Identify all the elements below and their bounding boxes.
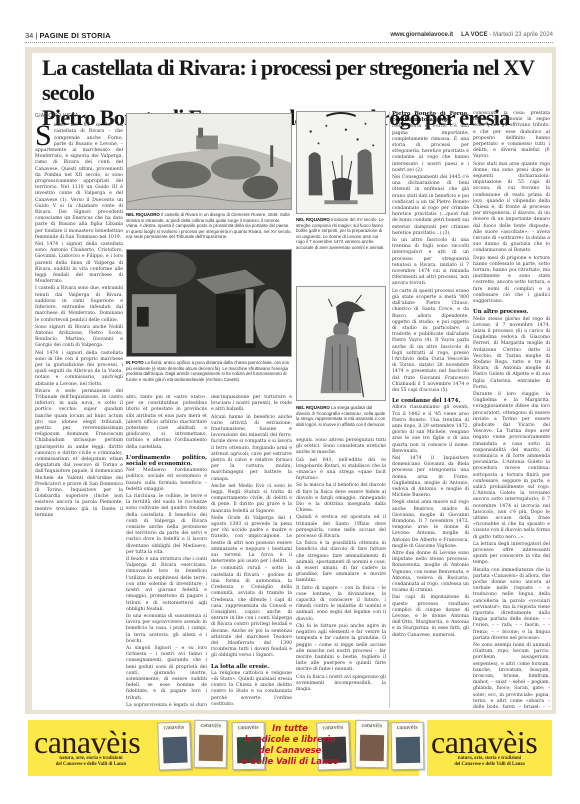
paragraph: Il fatto di sapere – con la fisica – le …: [296, 586, 386, 623]
paragraph: Ai singoli Signori – e su loro richiesta…: [126, 646, 207, 702]
issue-date: - Martedì 23 aprile 2024: [488, 32, 553, 38]
paragraph: Con la fisica i nostri avi spiegavano gl…: [296, 675, 386, 694]
text-column-3: dell'Inquisizione per torturare e brucia…: [211, 395, 292, 708]
caption-label: NEL RIQUADRO: [296, 405, 330, 410]
canaveis-tagline: natura, arte, storia e tradizioni del Ca…: [32, 756, 150, 768]
paragraph: dell'Inquisizione per torturare e brucia…: [211, 395, 292, 414]
paragraph: Risulta con immediatezza che la parlata …: [473, 568, 550, 642]
caption-text: La fisinà, antico opificio a poca distan…: [126, 360, 289, 382]
canaveis-ad-right[interactable]: canavèis natura, arte, storia e tradizio…: [427, 720, 552, 776]
paragraph: Nel 1474 i signori della castellata sono…: [35, 242, 123, 285]
byline: GIACOMO VIETA: [35, 113, 123, 119]
promo-text: In tutte le edicole e librerie del Canav…: [231, 723, 349, 767]
paragraph: altri, tanto più di «altro Stato», per s…: [126, 395, 207, 451]
page-header: 34 | PAGINE DI STORIA www.giornalelavoce…: [25, 31, 553, 43]
witch-devil-image: [296, 286, 386, 401]
cover-photo: [360, 735, 384, 761]
paragraph: Sono signori di Rivara anche Nobili Anto…: [35, 325, 123, 350]
canaveis-tagline: natura, arte, storia e tradizioni del Ca…: [429, 756, 550, 768]
paragraph: Nel 1474 i signori della castellata sono…: [35, 351, 123, 388]
paragraph: seguiti. Sono altresì perseguitati tutti…: [296, 438, 386, 457]
promo-line: del Canavese: [231, 745, 349, 756]
text-column-4: seguiti. Sono altresì perseguitati tutti…: [296, 438, 386, 708]
magazine-cover: canavèis: [355, 720, 389, 769]
cover-photo: [396, 737, 420, 763]
drop-cap: S: [35, 125, 52, 147]
paragraph: La lettura degli interrogatori del proce…: [473, 542, 550, 567]
caption-label: NEL RIQUADRO: [126, 212, 160, 217]
cover-photo: [163, 737, 188, 764]
paragraph: Dai capi di imputazione di questo proces…: [392, 595, 469, 638]
paragraph: Dopo mesi di prigione e torture hanno co…: [473, 256, 550, 306]
paragraph: Chi fa le fatture può anche agire in neg…: [296, 624, 386, 674]
paragraph: Nello stesso giorno del rogo di Levone, …: [473, 317, 550, 391]
magazine-title: canavèis: [356, 723, 387, 730]
article-body: La castellata di Rivara: i processi per …: [32, 53, 552, 710]
tagline-line: del Canavese e delle Valli di Lanzo: [32, 762, 150, 768]
paragraph: Le comunità rurali – sotto la castellata…: [211, 566, 292, 659]
paragraph: Nella storia di Forno c'è una pagina imp…: [392, 124, 469, 174]
subheading: L'ordinamento politico, sociale ed econo…: [126, 455, 207, 467]
section-label: 34 | PAGINE DI STORIA: [25, 31, 111, 40]
magazine-title: canavèis: [392, 725, 423, 732]
magazine-cover: canavèis: [391, 722, 425, 771]
paragraph: In un altro fascicolo di una trentina di…: [392, 238, 469, 288]
paragraph: In una economia di sussistenza si lavora…: [126, 614, 207, 645]
paragraph: La sopravvivenza è legata al duro lavoro…: [126, 703, 207, 708]
website-link[interactable]: www.giornalelavoce.it: [390, 32, 453, 38]
paragraph: Se la masca ha il beneficio del diavolo …: [296, 483, 386, 514]
paragraph: Quindi è eretica ed apostata ed il tribu…: [296, 515, 386, 540]
image-caption: IN FOTO La fisinà, antico opificio a poc…: [126, 360, 292, 382]
subheading: La lotta alle eresie.: [211, 664, 292, 670]
masthead-info: www.giornalelavoce.itLA VOCE - Martedì 2…: [390, 32, 553, 38]
article-frame: La castellata di Rivara: i processi per …: [25, 47, 556, 714]
paragraph: Ne sono esempi nomi di animali (Gattum, …: [473, 643, 550, 708]
magazine-cover: canavèis: [157, 721, 192, 770]
image-caption: NEL RIQUADRO La strega guidata dal diavo…: [296, 405, 386, 427]
castle-drawing-image: [126, 113, 292, 210]
paragraph: Sono stati mai arse quante rogo donne, m…: [473, 162, 550, 255]
witches-engraving-image: [296, 111, 386, 214]
paragraph: Nelle Gride di Valperga del 1 agosto 139…: [211, 516, 292, 566]
text-column-1: GIACOMO VIETA Siamo nel XV secolo. La ca…: [35, 113, 123, 708]
promo-line: e delle Valli di Lanzo: [231, 756, 349, 767]
engraving-witches-icon: [297, 112, 385, 213]
paragraph: I castelli a Rivara sono due, entrambi t…: [35, 286, 123, 323]
paragraph: Allora riassumiamo gli eventi. Tra il 14…: [392, 405, 469, 455]
paragraph: Nel 1474 il Inquisitore domenicano Giova…: [392, 456, 469, 499]
caption-label: NEL RIQUADRO: [296, 217, 330, 222]
paragraph: Nel Medioevo l'ordinamento politico, soc…: [126, 468, 207, 493]
tagline-line: del Canavese e delle Valli di Lanzo: [429, 762, 550, 768]
paragraph: Durante il loro viaggio, la Guglielma e …: [473, 392, 550, 541]
text-column-6: conosciuta la cosa: prestata fedeltà al …: [473, 111, 550, 708]
promo-line: le edicole e librerie: [231, 734, 349, 745]
text-column-2: altri, tanto più di «altro Stato», per s…: [126, 395, 207, 708]
magazine-cover: canavèis: [194, 720, 228, 769]
section-title: PAGINE DI STORIA: [39, 31, 110, 40]
magazine-title: canavèis: [158, 724, 189, 731]
caption-label: IN FOTO: [126, 360, 144, 365]
caption-text: Incisione del XV secolo. Le streghe comp…: [296, 217, 385, 250]
magazine-title: canavèis: [195, 723, 226, 730]
paragraph: Rivara è sede permanente del Tribunale d…: [35, 389, 123, 519]
paragraph: Già nel 643, nell'editto del re longobar…: [296, 458, 386, 483]
subheading: Pietro Boneto di Forno, condannato al ro…: [392, 111, 469, 123]
cover-photo: [199, 735, 223, 761]
paragraph: La religione cattolica è religione «di S…: [211, 671, 292, 708]
mill-photo-icon: [127, 250, 291, 356]
paragraph: La fisica è la possibilità ottenuta in b…: [296, 541, 386, 584]
paragraph: conosciuta la cosa: prestata fedeltà al …: [473, 111, 550, 161]
promo-line: In tutte: [231, 723, 349, 734]
headline-line-1: La castellata di Rivara: i processi per …: [42, 55, 550, 105]
paragraph: Le carte di questi processi erano già st…: [392, 289, 469, 394]
engraving-witch-devil-icon: [297, 287, 385, 400]
canaveis-ad-left[interactable]: canavèis natura, arte, storia e tradizio…: [28, 720, 151, 776]
paragraph: Anche nel Medio Evo ci sono le leggi. Ne…: [211, 484, 292, 515]
paragraph: Altre due donne di Levone sono imputate …: [392, 551, 469, 594]
image-caption: NEL RIQUADRO Incisione del XV secolo. Le…: [296, 217, 386, 251]
text-column-5: Pietro Boneto di Forno, condannato al ro…: [392, 111, 469, 708]
column-divider: [389, 111, 390, 708]
paragraph: Il feudo è una struttura che i conti Val…: [126, 557, 207, 613]
fisina-photo-image: [126, 249, 292, 357]
publication-name: LA VOCE: [461, 32, 487, 38]
castle-illustration-icon: [127, 114, 291, 209]
paragraph: Negli stessi anni muore sul rogo anche B…: [392, 500, 469, 550]
paragraph: Nei Consegnamenti del 1445 c'è una dichi…: [392, 175, 469, 237]
subheading: Le condanne del 1474.: [392, 398, 469, 404]
paragraph: Alcuni hanno in beneficio anche varie at…: [211, 415, 292, 483]
paragraph: La rinchiusa, le colline, le terre e la …: [126, 494, 207, 556]
image-caption: NEL RIQUADRO Il castello di Rivara in un…: [126, 212, 292, 240]
subheading: Un altro processo.: [473, 309, 550, 315]
